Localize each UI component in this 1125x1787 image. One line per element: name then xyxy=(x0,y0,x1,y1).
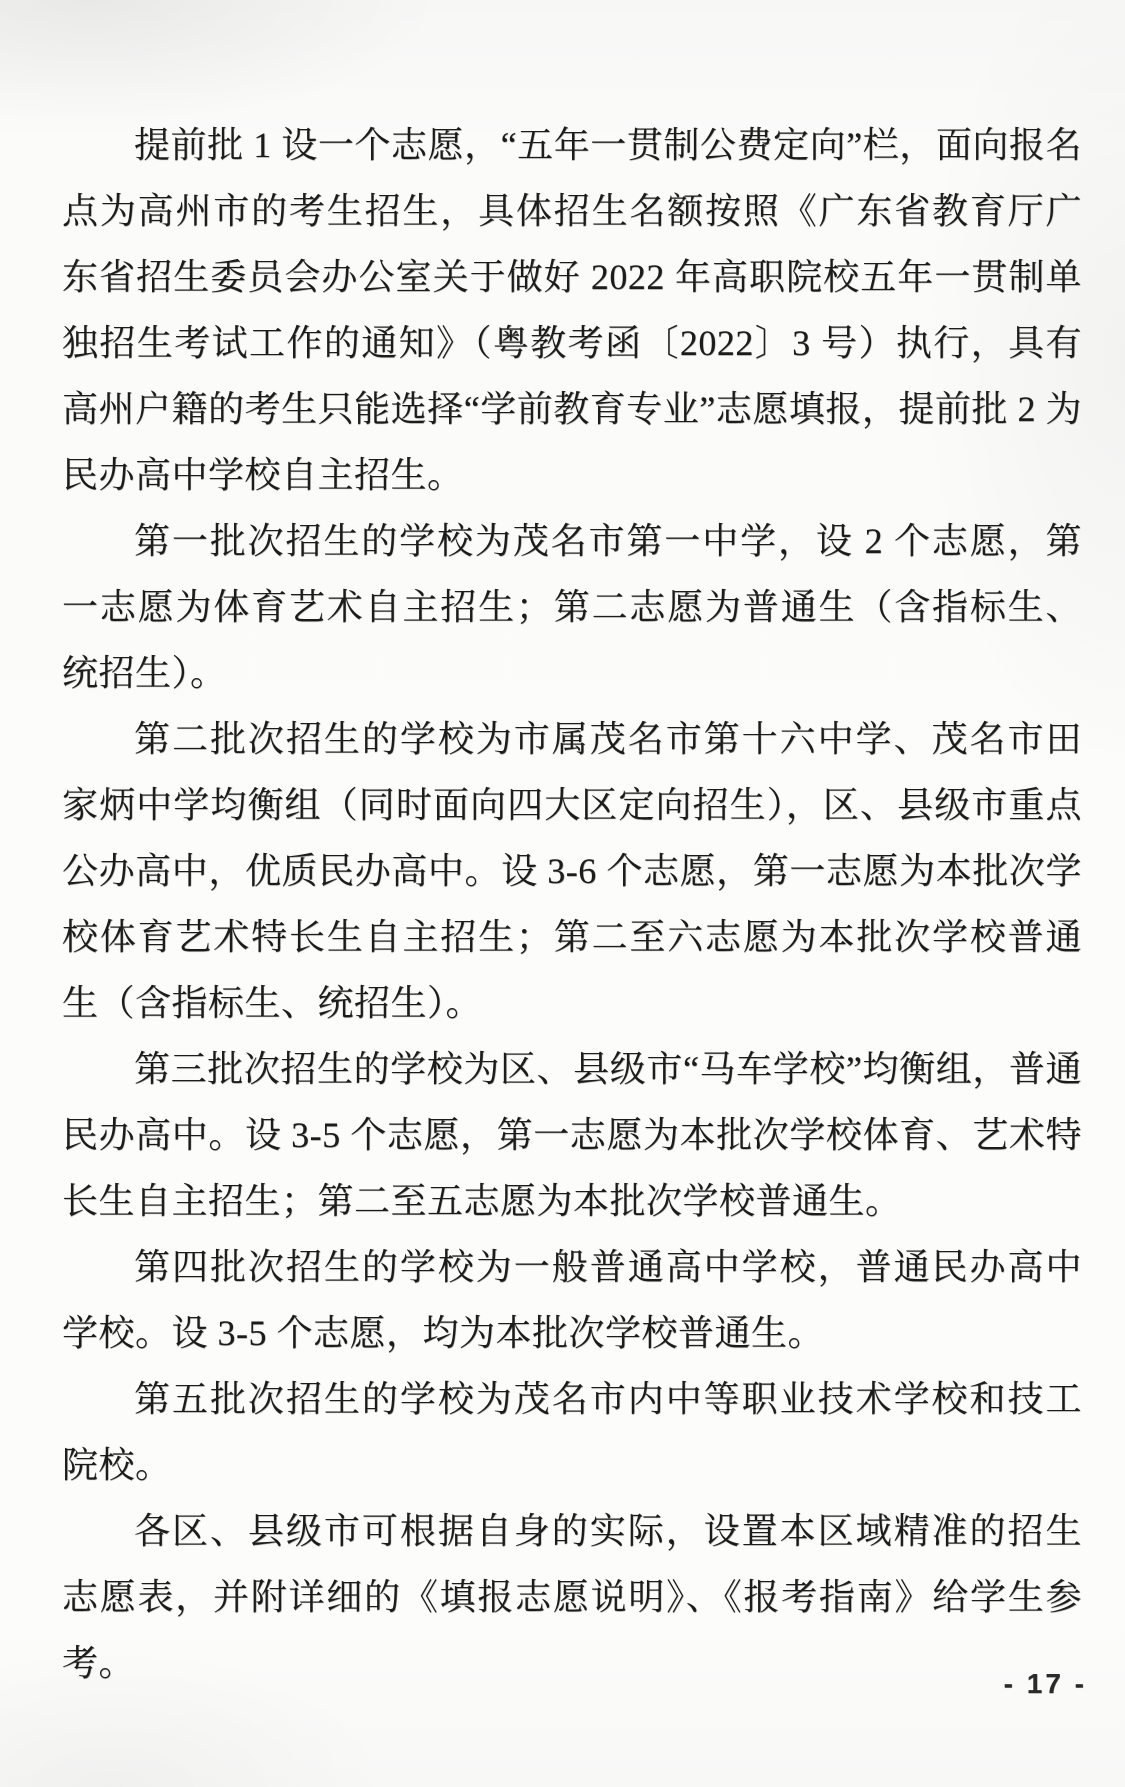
page-number: - 17 - xyxy=(1004,1668,1087,1700)
paragraph: 各区、县级市可根据自身的实际，设置本区域精准的招生志愿表，并附详细的《填报志愿说… xyxy=(62,1498,1082,1696)
paragraph: 第三批次招生的学校为区、县级市“马车学校”均衡组，普通民办高中。设 3-5 个志… xyxy=(62,1036,1082,1234)
paragraph: 第五批次招生的学校为茂名市内中等职业技术学校和技工院校。 xyxy=(62,1366,1082,1498)
document-body: 提前批 1 设一个志愿，“五年一贯制公费定向”栏，面向报名点为高州市的考生招生，… xyxy=(62,112,1082,1696)
document-page: 提前批 1 设一个志愿，“五年一贯制公费定向”栏，面向报名点为高州市的考生招生，… xyxy=(0,0,1125,1787)
paragraph: 第一批次招生的学校为茂名市第一中学，设 2 个志愿，第一志愿为体育艺术自主招生；… xyxy=(62,508,1082,706)
paragraph: 第四批次招生的学校为一般普通高中学校，普通民办高中学校。设 3-5 个志愿，均为… xyxy=(62,1234,1082,1366)
paragraph: 第二批次招生的学校为市属茂名市第十六中学、茂名市田家炳中学均衡组（同时面向四大区… xyxy=(62,706,1082,1036)
paragraph: 提前批 1 设一个志愿，“五年一贯制公费定向”栏，面向报名点为高州市的考生招生，… xyxy=(62,112,1082,508)
